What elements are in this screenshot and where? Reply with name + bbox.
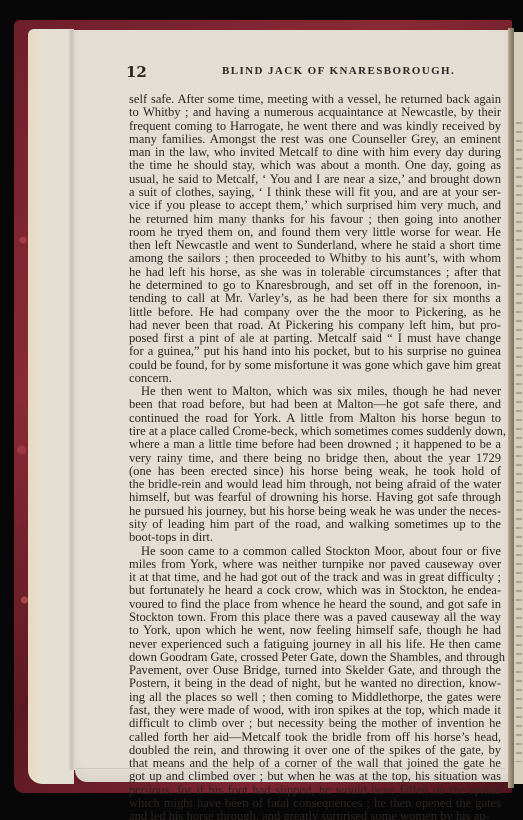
text-line: perilous, for if his foot had slipped, h…	[129, 784, 501, 797]
text-line: got up and climbed over ; but when he wa…	[129, 770, 501, 783]
text-line: which might have been of fatal consequen…	[129, 797, 501, 810]
text-line: he determined to go to Knaresbrough, and…	[129, 279, 501, 292]
text-line: he returned him many thanks for his favo…	[129, 213, 501, 226]
text-line: room he tryed them on, and found them ve…	[129, 226, 501, 239]
text-line: little before. He had company over the t…	[129, 306, 501, 319]
text-line: He then went to Malton, which was six mi…	[129, 385, 501, 398]
text-line: to York, upon which he went, now feeling…	[129, 624, 501, 637]
text-line: a suit of clothes, saying, ‘ I think the…	[129, 186, 501, 199]
text-line: difficult to climb over ; but necessity …	[129, 717, 501, 730]
text-line: miles from York, where was neither turnp…	[129, 558, 501, 571]
text-line: ing all the places so well ; then coming…	[129, 691, 501, 704]
text-line: Stockton town. From this place there was…	[129, 611, 501, 624]
text-line: He soon came to a common called Stockton…	[129, 545, 501, 558]
text-line: boot-tops in dirt.	[129, 531, 501, 544]
text-line: called forth her aid—Metcalf took the br…	[129, 731, 501, 744]
text-line: (one has been erected since) his horse b…	[129, 465, 501, 478]
text-line: he had left his horse, as she was in tol…	[129, 266, 501, 279]
text-line: self safe. After some time, meeting with…	[129, 93, 501, 106]
text-line: frequent coming to Harrogate, he went th…	[129, 120, 501, 133]
text-line: voured to find the place from whence he …	[129, 598, 501, 611]
facing-page-edge	[514, 32, 523, 784]
page-body-text: self safe. After some time, meeting with…	[129, 93, 501, 820]
text-line: been that road before, but had been at M…	[129, 398, 501, 411]
text-line: then left Newcastle and went to Sunderla…	[129, 239, 501, 252]
text-line: could be found, for by some misfortune i…	[129, 359, 501, 372]
text-line: he pursued his journey, but his horse be…	[129, 505, 501, 518]
text-line: Postern, it being in the dead of night, …	[129, 677, 501, 690]
text-line: that means and the help of a corner of t…	[129, 757, 501, 770]
text-line: the bridle-rein and would lead him throu…	[129, 478, 501, 491]
text-line: to Whitby ; and having a numerous acquai…	[129, 106, 501, 119]
text-line: never experienced such a fatiguing journ…	[129, 638, 501, 651]
text-line: man in the law, who invited Metcalf to d…	[129, 146, 501, 159]
text-line: where a man a little time before had bee…	[129, 438, 501, 451]
text-line: usual, he said to Metcalf, ‘ You and I a…	[129, 173, 501, 186]
page-header: 12 BLIND JACK OF KNARESBOROUGH.	[126, 63, 506, 83]
text-line: had never been that road. At Pickering h…	[129, 319, 501, 332]
text-line: down Goodram Gate, crossed Peter Gate, d…	[129, 651, 501, 664]
page-stack-left	[28, 29, 74, 784]
text-line: but fortunately he heard a cock crow, wh…	[129, 584, 501, 597]
text-line: concern.	[129, 372, 501, 385]
text-line: fast, they were made of wood, with iron …	[129, 704, 501, 717]
facing-page-text-ghost	[516, 122, 522, 762]
text-line: it at that time, and he had got out of t…	[129, 571, 501, 584]
text-line: Pavement, over Ouse Bridge, turned into …	[129, 664, 501, 677]
text-line: among the sailors ; then proceeded to Wh…	[129, 252, 501, 265]
text-line: many families. Amongst the rest was one …	[129, 133, 501, 146]
text-line: posed first a pint of ale at parting. Me…	[129, 332, 501, 345]
text-line: tending to call at Mr. Varley’s, as he h…	[129, 292, 501, 305]
page-number: 12	[126, 63, 147, 81]
text-line: tire at a place called Crome-beck, which…	[129, 425, 501, 438]
text-line: himself, but was fearful of drowning his…	[129, 491, 501, 504]
text-line: for a guinea,” put his hand into his poc…	[129, 345, 501, 358]
text-line: doubled the rein, and throwing it over o…	[129, 744, 501, 757]
running-head: BLIND JACK OF KNARESBOROUGH.	[222, 65, 455, 77]
text-line: sity of leading him part of the road, an…	[129, 518, 501, 531]
text-line: vice if you please to accept them,’ whic…	[129, 199, 501, 212]
text-line: continued the road for York. A little fr…	[129, 412, 501, 425]
text-line: the time he should stay, which was about…	[129, 159, 501, 172]
text-line: very rainy time, and there being no brid…	[129, 452, 501, 465]
text-line: and led his horse through, and greatly s…	[129, 810, 501, 820]
